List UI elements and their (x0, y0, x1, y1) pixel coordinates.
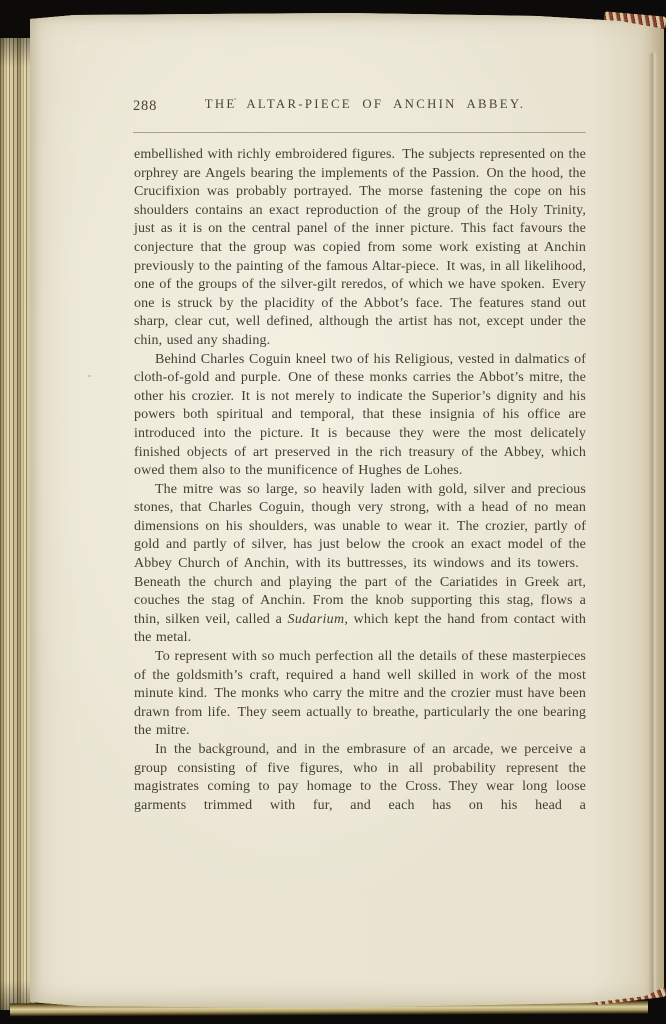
running-title: THE ALTAR-PIECE OF ANCHIN ABBEY. (133, 97, 587, 112)
page-number: 288 (133, 98, 157, 115)
text-segment: Behind Charles Coguin kneel two of his R… (134, 352, 586, 479)
text-segment: embellished with richly embroidered figu… (134, 147, 586, 348)
paragraph: embellished with richly embroidered figu… (134, 146, 586, 351)
page-header: 288 THE ALTAR-PIECE OF ANCHIN ABBEY. (133, 97, 587, 115)
header-rule (133, 132, 586, 133)
text-segment: In the background, and in the embrasure … (134, 742, 586, 813)
page-crease (648, 53, 657, 1003)
book-page: 288 THE ALTAR-PIECE OF ANCHIN ABBEY. emb… (30, 13, 664, 1008)
paragraph: Behind Charles Coguin kneel two of his R… (134, 351, 586, 481)
italic-text: Sudarium (288, 612, 345, 627)
paragraph: To represent with so much perfection all… (134, 648, 586, 741)
paragraph: The mitre was so large, so heavily laden… (134, 481, 586, 648)
paragraph: In the background, and in the embrasure … (134, 741, 586, 815)
text-segment: To represent with so much perfection all… (134, 649, 586, 738)
page-body: embellished with richly embroidered figu… (134, 146, 586, 815)
paper-speck (88, 375, 91, 377)
text-segment: The mitre was so large, so heavily laden… (134, 482, 586, 627)
